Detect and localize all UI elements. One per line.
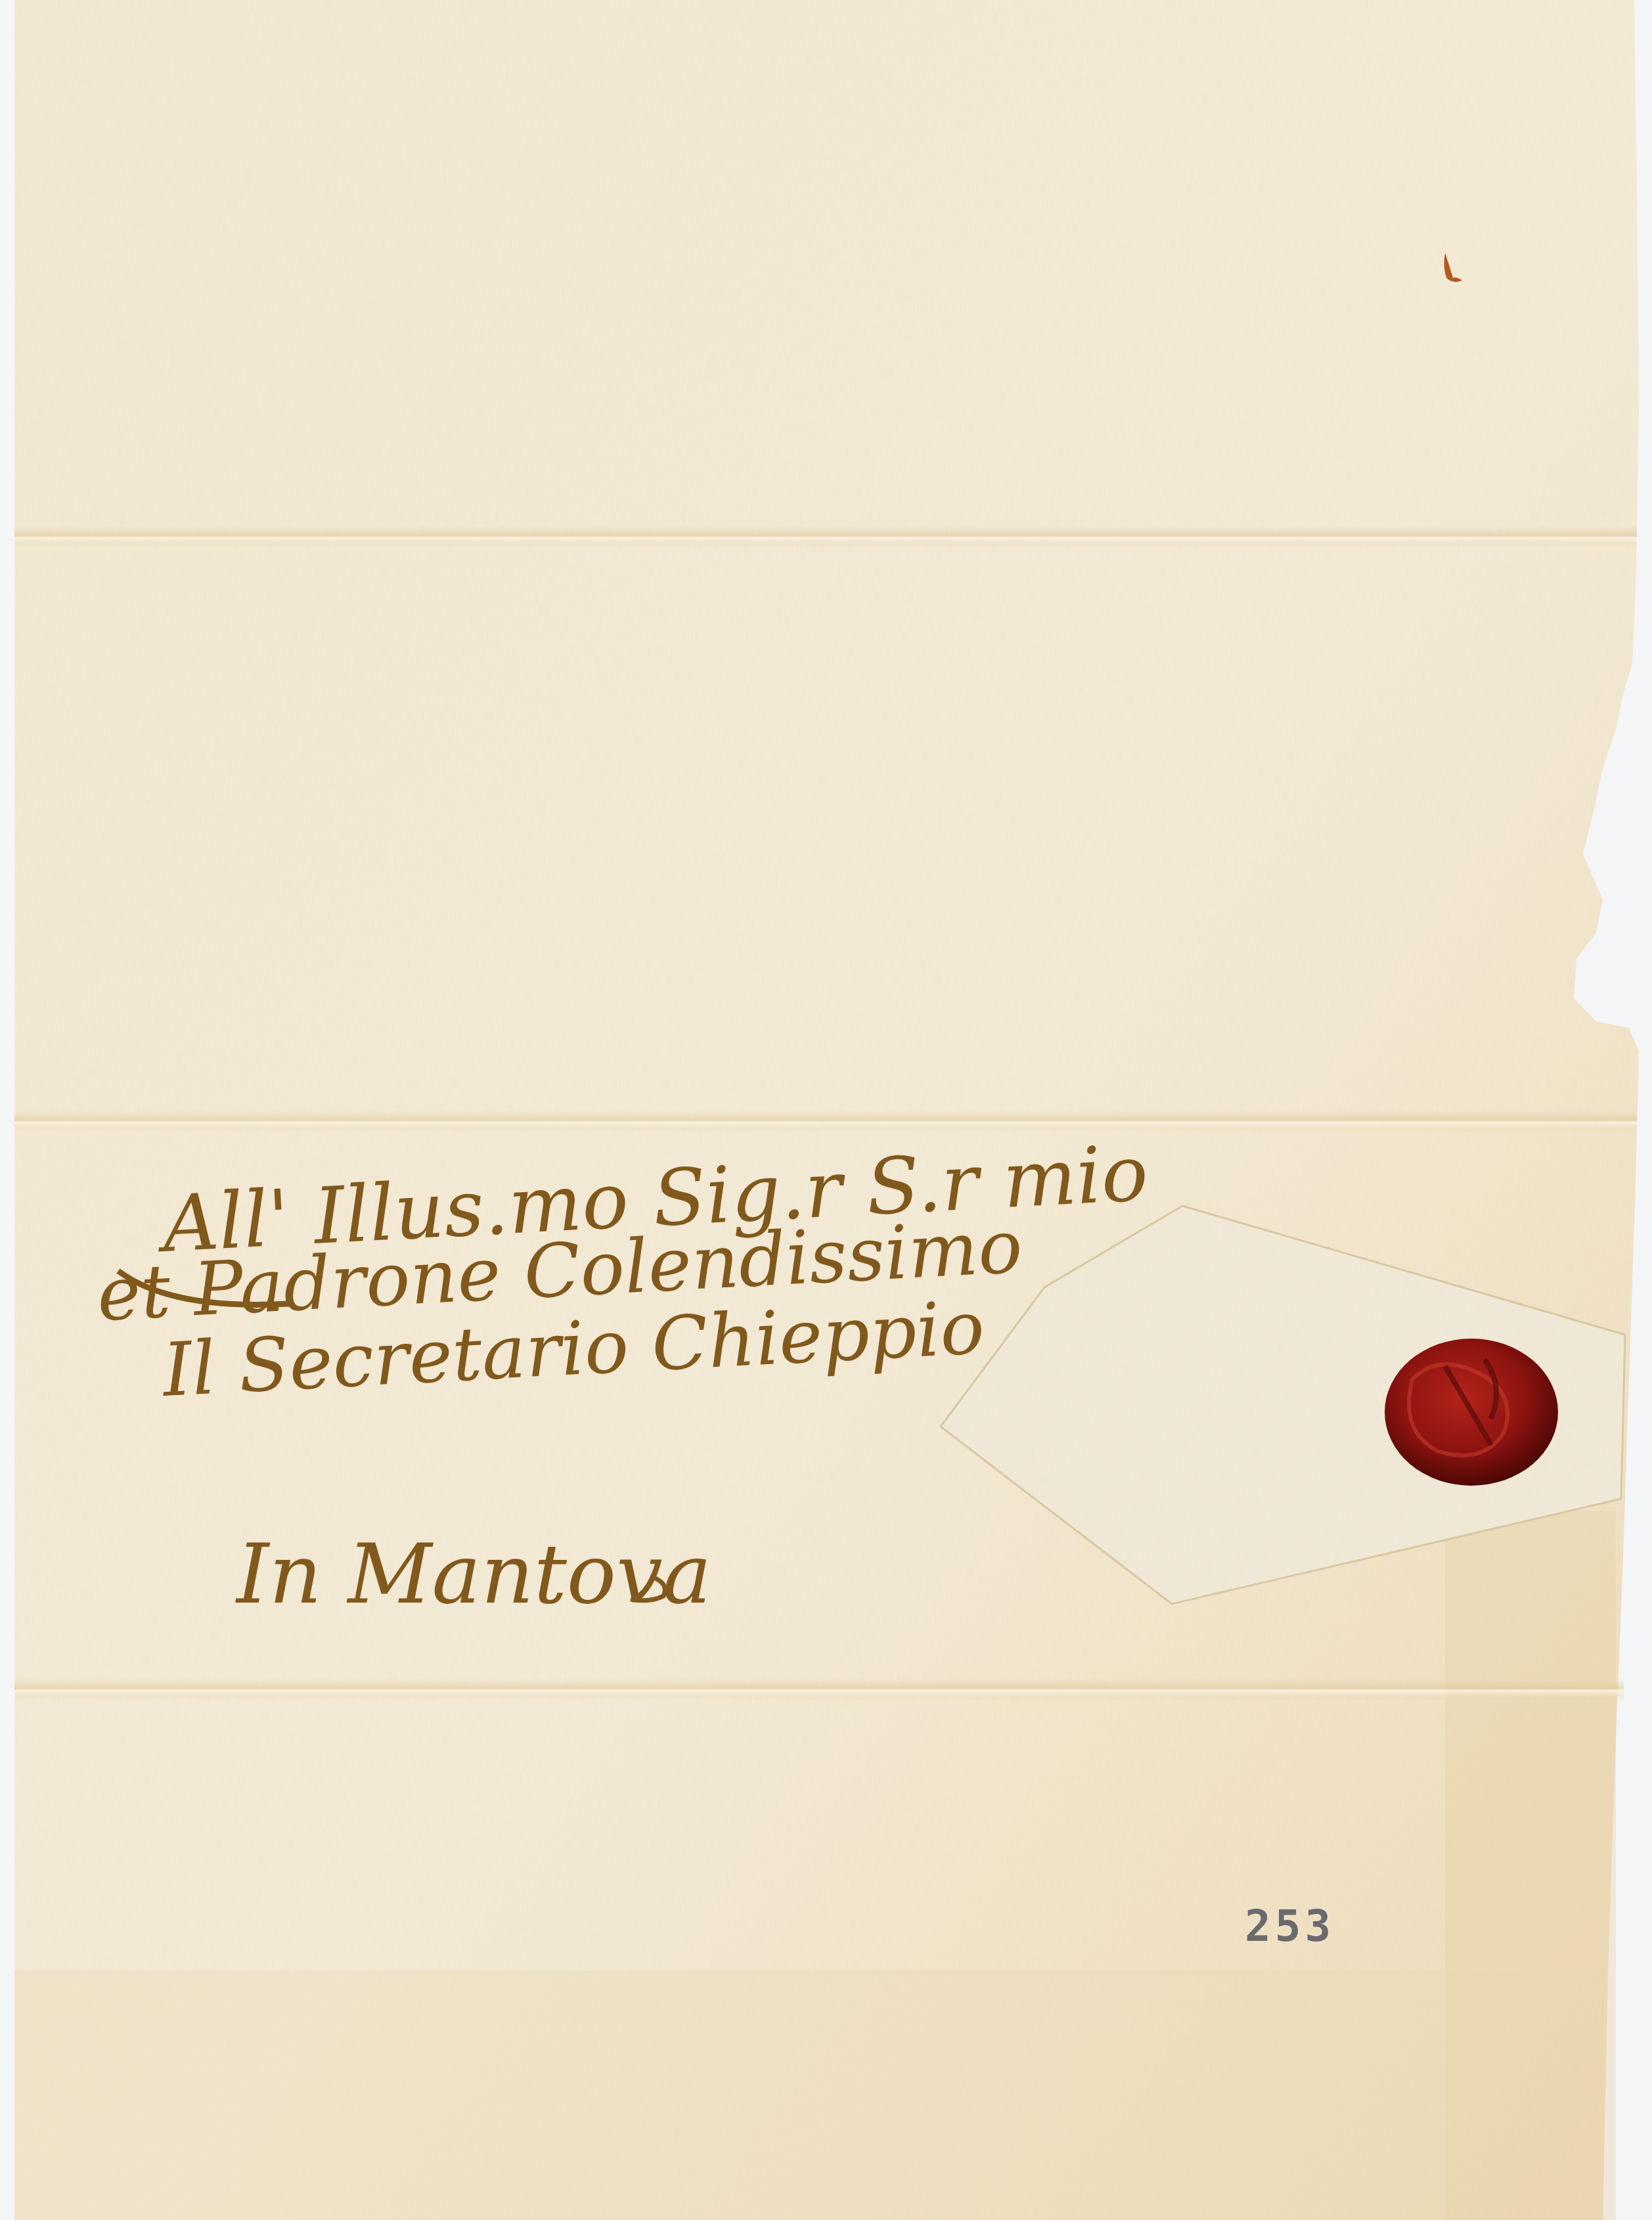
scanned-letter: All' Illus.mo Sig.r S.r mioet Padrone Co… xyxy=(0,0,1652,2220)
wax-seal xyxy=(1385,1339,1558,1486)
destination-text: In Mantova xyxy=(235,1527,711,1622)
destination-line: In Mantova xyxy=(235,1527,711,1622)
archive-number-stamp: 253 xyxy=(1245,1901,1335,1951)
